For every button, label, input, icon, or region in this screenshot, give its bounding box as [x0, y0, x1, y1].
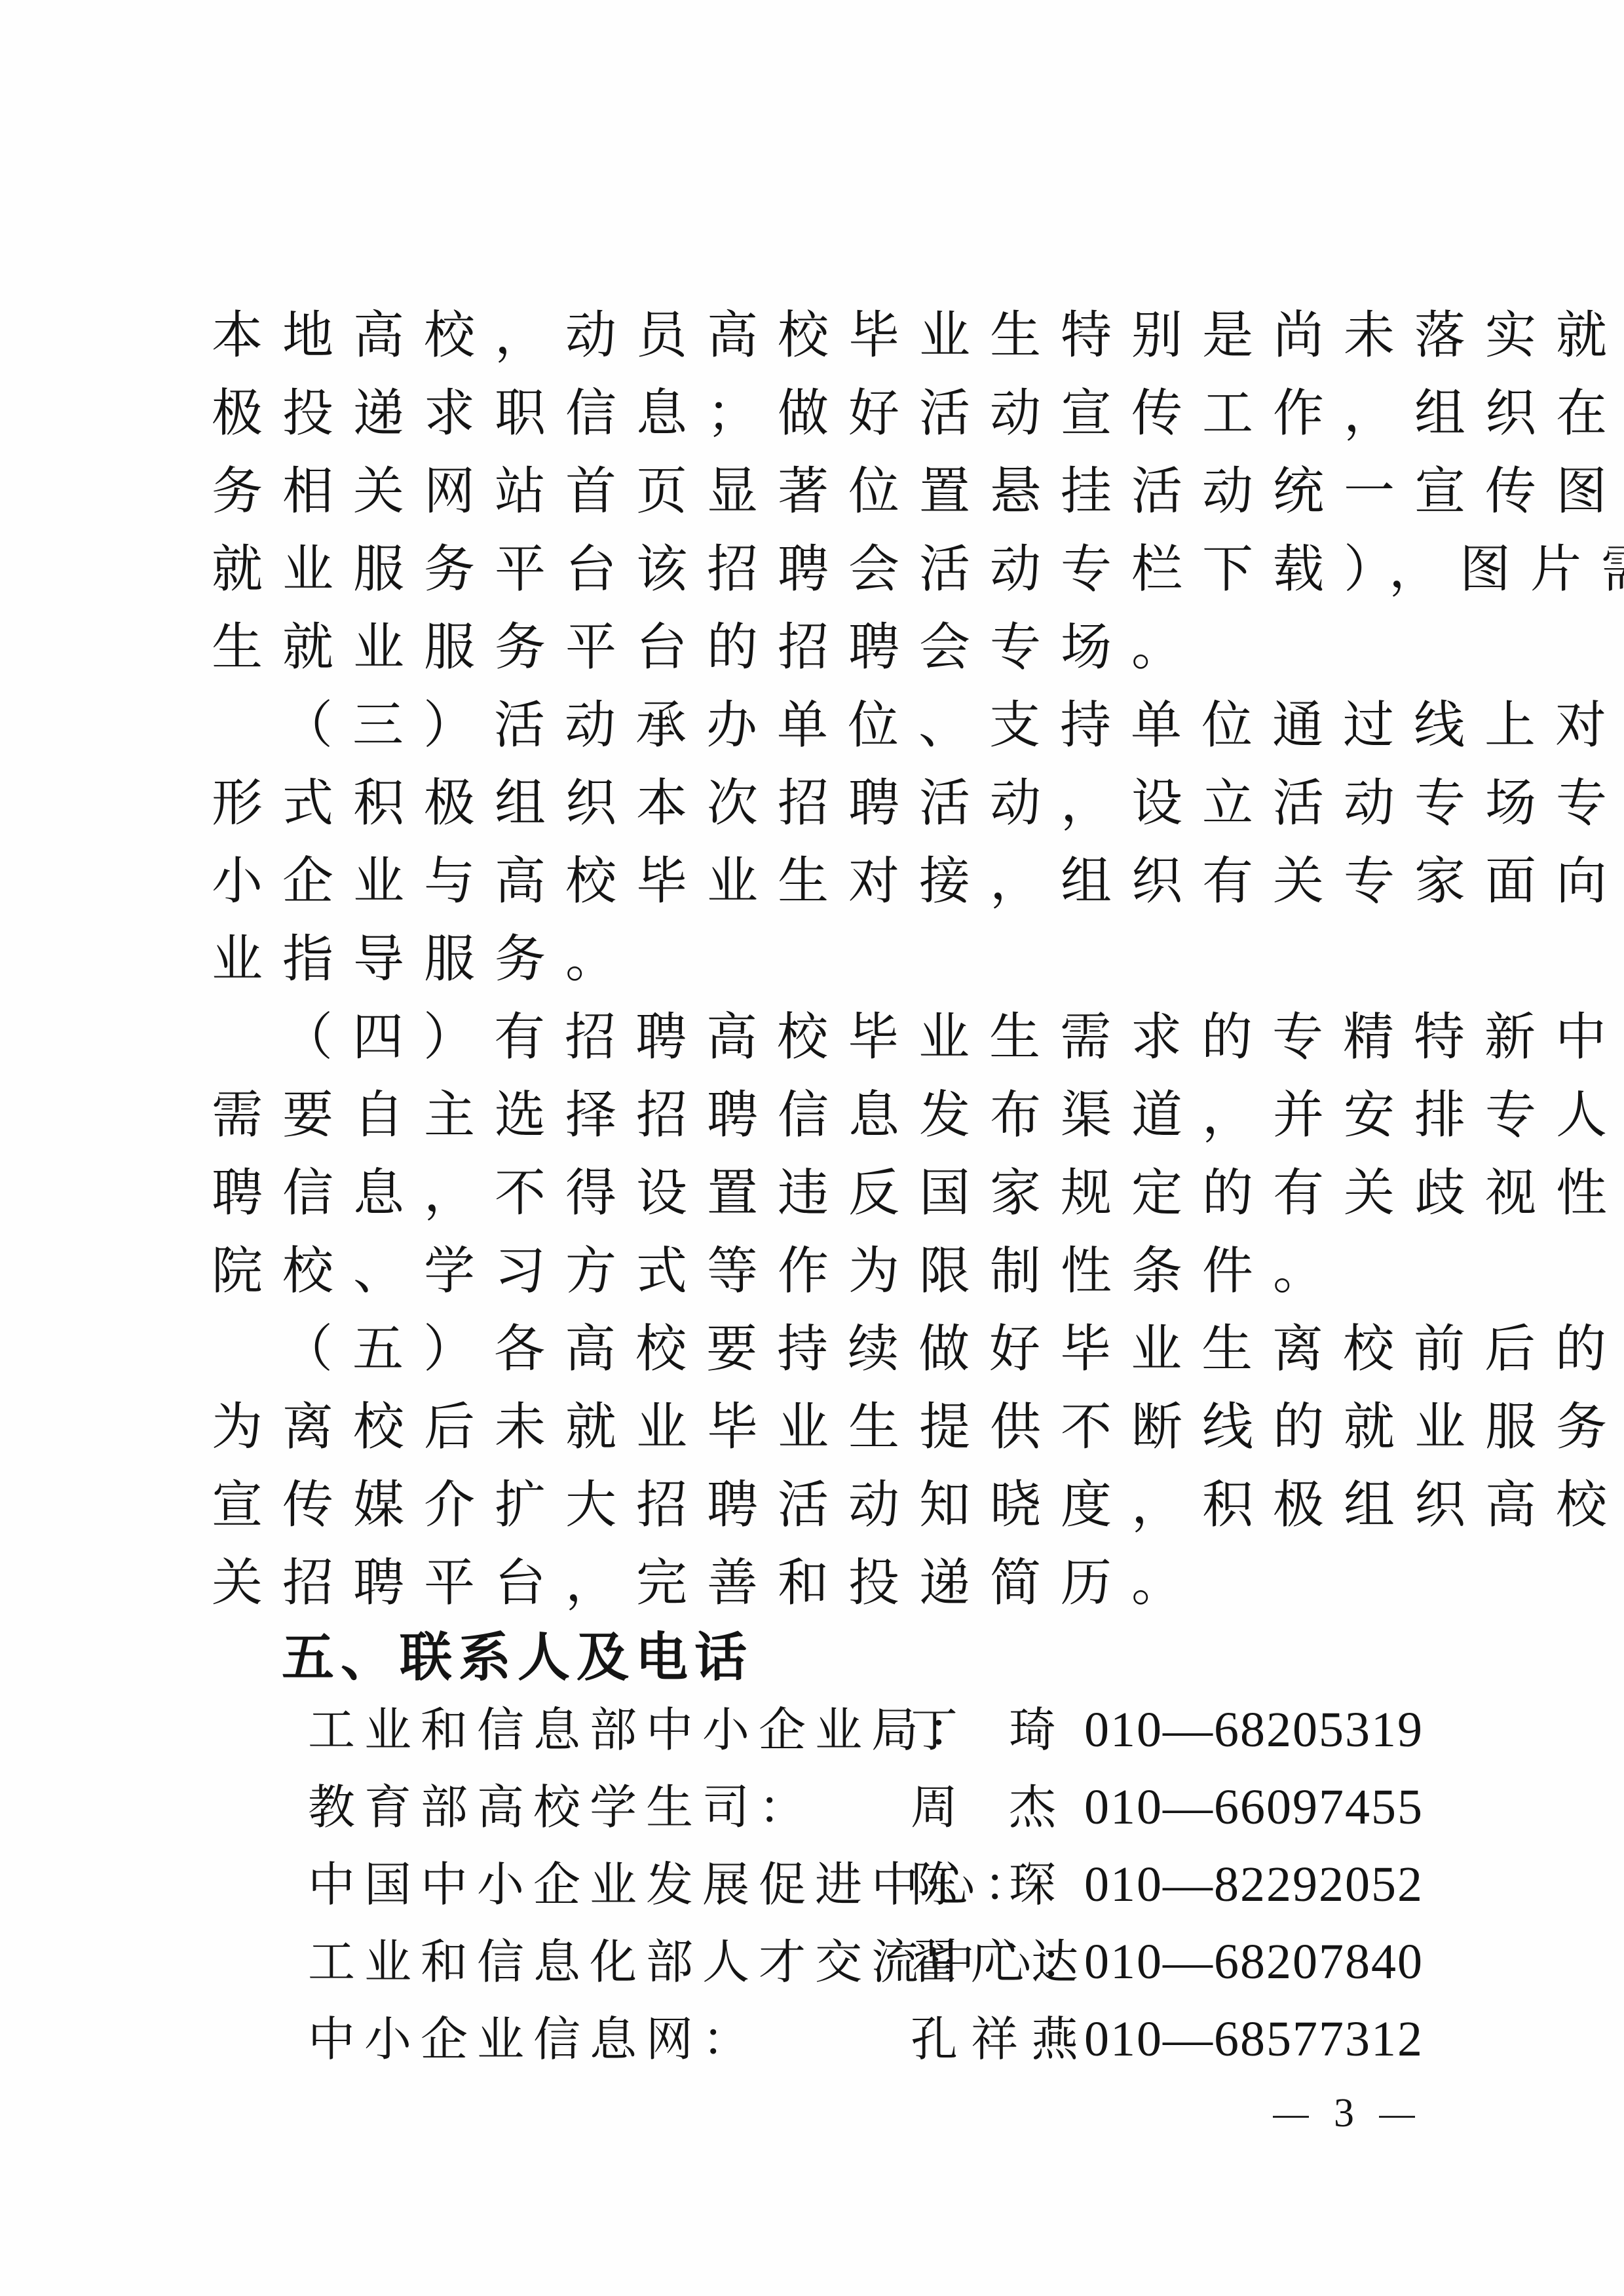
- contact-phone: 010—82292052: [1084, 1852, 1424, 1917]
- item-5-line: 为离校后未就业毕业生提供不断线的就业服务。要利用校园线上: [212, 1394, 1420, 1460]
- dash-left: [1273, 2116, 1309, 2118]
- item-5-line: （五）各高校要持续做好毕业生离校前后的就业指导服务，: [282, 1316, 1420, 1382]
- paragraph-line: 生就业服务平台的招聘会专场。: [212, 615, 1420, 680]
- item-5-line: 关招聘平台，完善和投递简历。: [212, 1550, 1420, 1616]
- section-heading-contacts: 五、联系人及电话: [282, 1625, 753, 1691]
- contact-phone: 010—68577312: [1084, 2006, 1424, 2072]
- contact-phone: 010—66097455: [1084, 1774, 1424, 1840]
- item-4-line: 需要自主选择招聘信息发布渠道，并安排专人发布和维护网上招: [212, 1082, 1420, 1148]
- item-5-line: 宣传媒介扩大招聘活动知晓度，积极组织高校毕业生自主选择有: [212, 1472, 1420, 1538]
- contact-phone: 010—68205319: [1084, 1697, 1424, 1763]
- item-3-line: （三）活动承办单位、支持单位通过线上对接、直播带岗等: [282, 693, 1420, 758]
- contact-name: 周杰: [911, 1774, 1107, 1840]
- contact-org: 教育部高校学生司：: [308, 1774, 815, 1840]
- document-page: 本地高校，动员高校毕业生特别是尚未落实就业单位的毕业生积 极投递求职信息；做好活…: [0, 0, 1624, 2296]
- paragraph-line: 本地高校，动员高校毕业生特别是尚未落实就业单位的毕业生积: [212, 303, 1420, 368]
- contact-row: 工业和信息部中小企业局： 丁琦 010—68205319: [308, 1697, 1422, 1763]
- contact-name: 翟广达: [911, 1929, 1091, 1995]
- dash-right: [1379, 2116, 1415, 2118]
- paragraph-line: 极投递求职信息；做好活动宣传工作，组织在本地大学生就业服: [212, 381, 1420, 446]
- contact-org: 工业和信息部中小企业局：: [308, 1697, 984, 1763]
- contact-row: 中国中小企业发展促进中心： 陈琛 010—82292052: [308, 1852, 1422, 1917]
- contact-name: 丁琦: [911, 1697, 1107, 1763]
- item-3-line: 业指导服务。: [212, 927, 1420, 992]
- page-number: 3: [1248, 2087, 1440, 2139]
- contact-row: 工业和信息化部人才交流中心： 翟广达 010—68207840: [308, 1929, 1422, 1995]
- item-4-line: 聘信息，不得设置违反国家规定的有关歧视性条款，不得将毕业: [212, 1160, 1420, 1226]
- item-4-line: （四）有招聘高校毕业生需求的专精特新中小企业，可根据: [282, 1004, 1420, 1070]
- page-number-value: 3: [1334, 2091, 1354, 2135]
- contact-name: 陈琛: [911, 1852, 1107, 1917]
- item-3-line: 小企业与高校毕业生对接，组织有关专家面向高校毕业生提供就: [212, 849, 1420, 914]
- paragraph-line: 务相关网站首页显著位置悬挂活动统一宣传图片（在国家大学生: [212, 459, 1420, 524]
- contact-name: 孔祥燕: [911, 2006, 1091, 2072]
- paragraph-line: 就业服务平台该招聘会活动专栏下载），图片需链接至国家大学: [212, 537, 1420, 602]
- contact-row: 中小企业信息网： 孔祥燕 010—68577312: [308, 2006, 1422, 2072]
- contact-phone: 010—68207840: [1084, 1929, 1424, 1995]
- item-4-line: 院校、学习方式等作为限制性条件。: [212, 1238, 1420, 1304]
- contact-row: 教育部高校学生司： 周杰 010—66097455: [308, 1774, 1422, 1840]
- item-3-line: 形式积极组织本次招聘活动，设立活动专场专区促进专精特新中: [212, 771, 1420, 836]
- contact-org: 中小企业信息网：: [308, 2006, 759, 2072]
